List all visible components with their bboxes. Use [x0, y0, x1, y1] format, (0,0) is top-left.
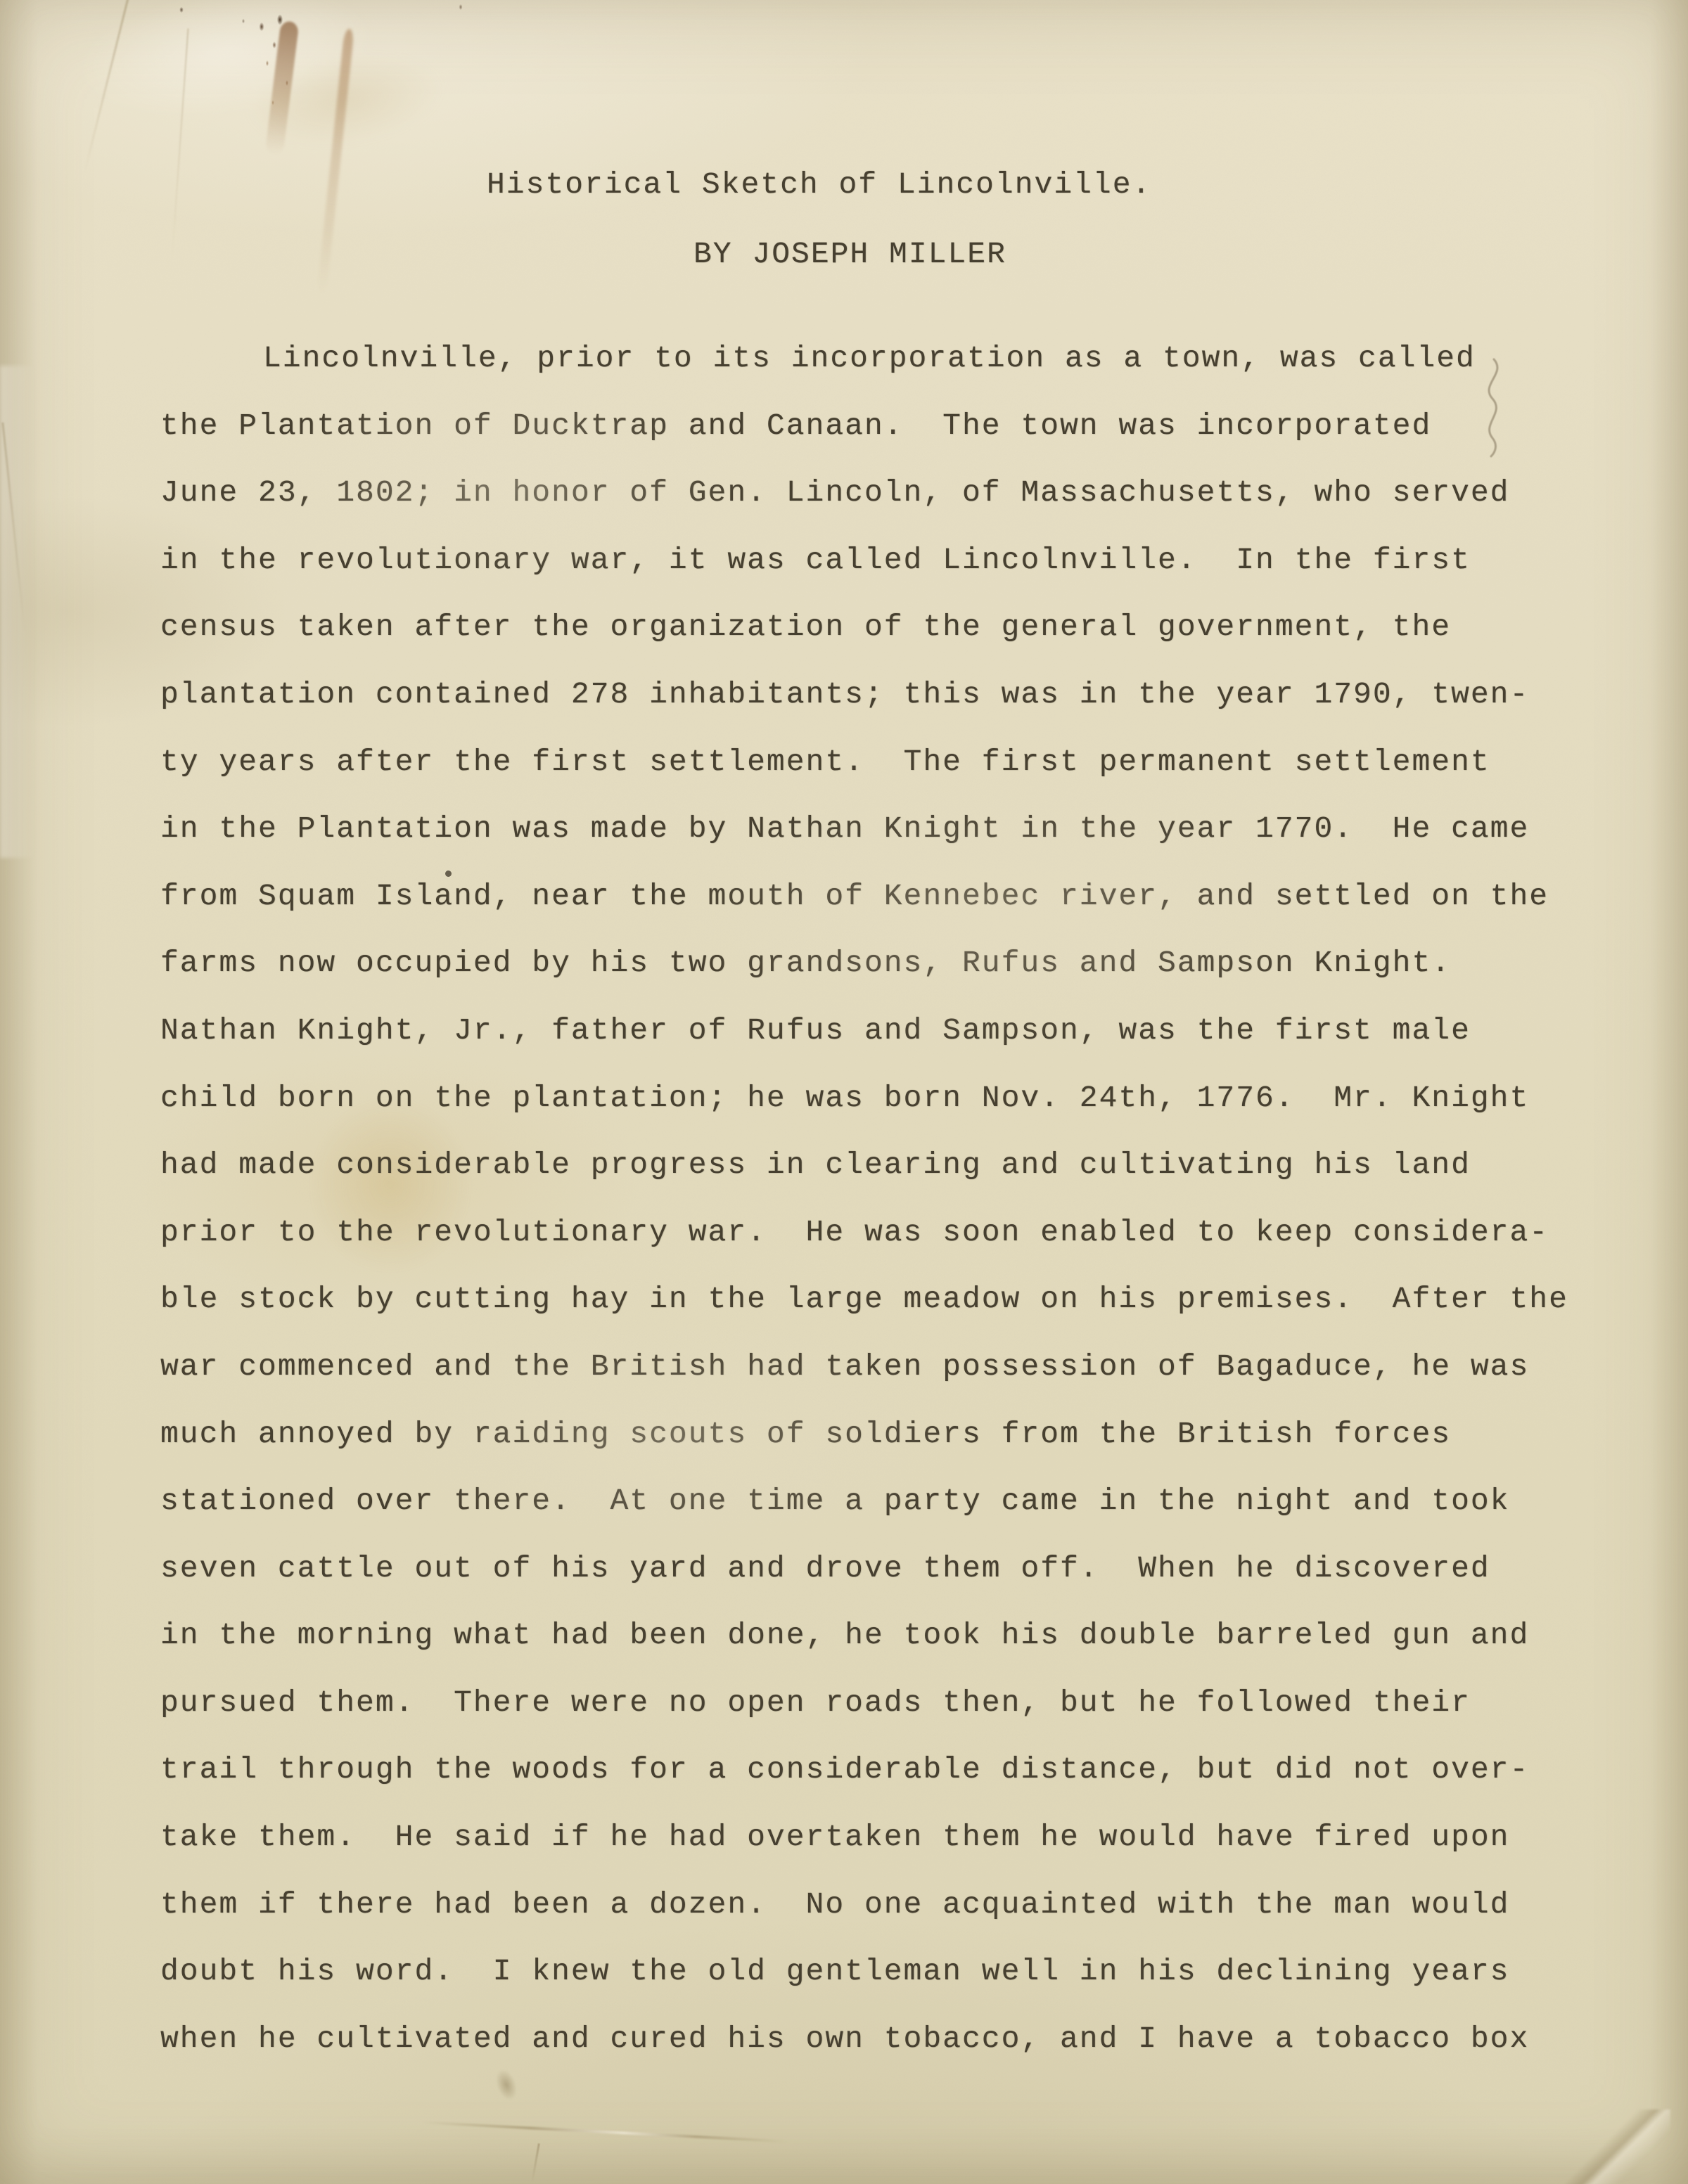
text-line: ble stock by cutting hay in the large me…	[160, 1266, 1568, 1333]
text-line: doubt his word. I knew the old gentleman…	[160, 1938, 1568, 2005]
text-line: child born on the plantation; he was bor…	[160, 1065, 1568, 1132]
ink-speck-cluster	[162, 0, 485, 35]
paper-crease-bottom	[422, 2121, 787, 2143]
text-line: Lincolnville, prior to its incorporation…	[160, 325, 1568, 392]
text-line: June 23, 1802; in honor of Gen. Lincoln,…	[160, 459, 1568, 527]
text-line: war commenced and the British had taken …	[160, 1333, 1568, 1401]
paper-crease-bottom	[531, 2143, 540, 2183]
text-line: had made considerable progress in cleari…	[160, 1131, 1568, 1199]
crease-line	[171, 28, 188, 259]
text-line: in the revolutionary war, it was called …	[160, 527, 1568, 594]
text-line: plantation contained 278 inhabitants; th…	[160, 661, 1568, 728]
text-line: when he cultivated and cured his own tob…	[160, 2005, 1568, 2073]
text-line: ty years after the first settlement. The…	[160, 728, 1568, 796]
text-line: take them. He said if he had overtaken t…	[160, 1804, 1568, 1871]
left-edge-wear	[0, 366, 35, 858]
text-line: much annoyed by raiding scouts of soldie…	[160, 1401, 1568, 1468]
text-line: census taken after the organization of t…	[160, 593, 1568, 661]
text-line: them if there had been a dozen. No one a…	[160, 1871, 1568, 1939]
crease-line	[1, 423, 25, 633]
text-line: pursued them. There were no open roads t…	[160, 1669, 1568, 1737]
paper-fold-bottom-right	[1565, 2109, 1670, 2184]
text-line: from Squam Island, near the mouth of Ken…	[160, 863, 1568, 930]
text-line: in the Plantation was made by Nathan Kni…	[160, 795, 1568, 863]
rust-speck-cluster	[253, 14, 309, 113]
text-line: prior to the revolutionary war. He was s…	[160, 1199, 1568, 1266]
text-line: in the morning what had been done, he to…	[160, 1602, 1568, 1669]
document-body: Lincolnville, prior to its incorporation…	[160, 325, 1568, 2072]
rust-drip-stain	[265, 20, 300, 155]
document-title: Historical Sketch of Lincolnville.	[487, 167, 1151, 202]
paper-crease-top-left	[15, 0, 491, 227]
rust-drip-stain-faint	[316, 28, 354, 295]
text-line: trail through the woods for a considerab…	[160, 1736, 1568, 1804]
text-line: seven cattle out of his yard and drove t…	[160, 1535, 1568, 1602]
text-line: the Plantation of Ducktrap and Canaan. T…	[160, 392, 1568, 460]
text-line: Nathan Knight, Jr., father of Rufus and …	[160, 997, 1568, 1065]
text-line: farms now occupied by his two grandsons,…	[160, 930, 1568, 997]
crease-line	[84, 0, 130, 174]
document-byline: BY JOSEPH MILLER	[693, 237, 1006, 271]
text-line: stationed over there. At one time a part…	[160, 1467, 1568, 1535]
scanned-page: Historical Sketch of Lincolnville. BY JO…	[0, 0, 1688, 2184]
